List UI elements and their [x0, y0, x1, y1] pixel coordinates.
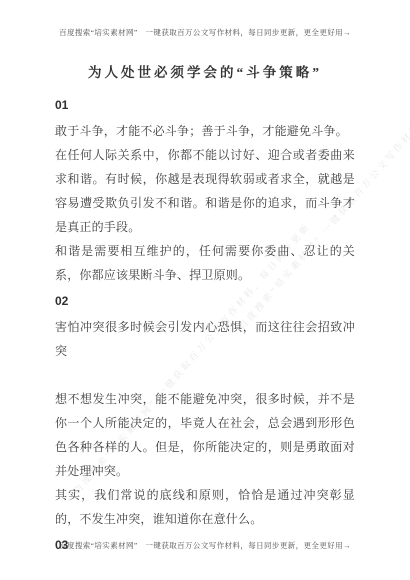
page-header-note: 百度搜索“培实素材网” 一键获取百万公文写作材料，每日同步更新，更全更好用→ [0, 0, 410, 38]
paragraph: 想不想发生冲突，能不能避免冲突，很多时候，并不是你一个人所能决定的，毕竟人在社会… [55, 387, 355, 483]
document-body: 01 敢于斗争，才能不必斗争；善于斗争，才能避免斗争。 在任何人际关系中，你都不… [0, 91, 410, 559]
document-title: 为人处世必须学会的“斗争策略” [0, 61, 410, 81]
page-footer-note: 百度搜索“培实素材网” 一键获取百万公文写作材料，每日同步更新，更全更好用→ [0, 540, 410, 551]
document-page: 百度搜索“培实素材网” 一键获取百万公文写作材料，每日同步更新 百度搜索“培实素… [0, 0, 410, 580]
paragraph-spacer [55, 363, 355, 387]
section-number-02: 02 [55, 287, 355, 315]
paragraph: 其实，我们常说的底线和原则，恰恰是通过冲突彰显的，不发生冲突，谁知道你在意什么。 [55, 483, 355, 531]
paragraph: 和谐是需要相互维护的，任何需要你委曲、忍让的关系，你都应该果断斗争、捍卫原则。 [55, 239, 355, 287]
paragraph: 害怕冲突很多时候会引发内心恐惧，而这往往会招致冲突 [55, 315, 355, 363]
paragraph: 在任何人际关系中，你都不能以讨好、迎合或者委曲来求和谐。有时候，你越是表现得软弱… [55, 143, 355, 239]
section-number-01: 01 [55, 91, 355, 119]
paragraph: 敢于斗争，才能不必斗争；善于斗争，才能避免斗争。 [55, 119, 355, 143]
